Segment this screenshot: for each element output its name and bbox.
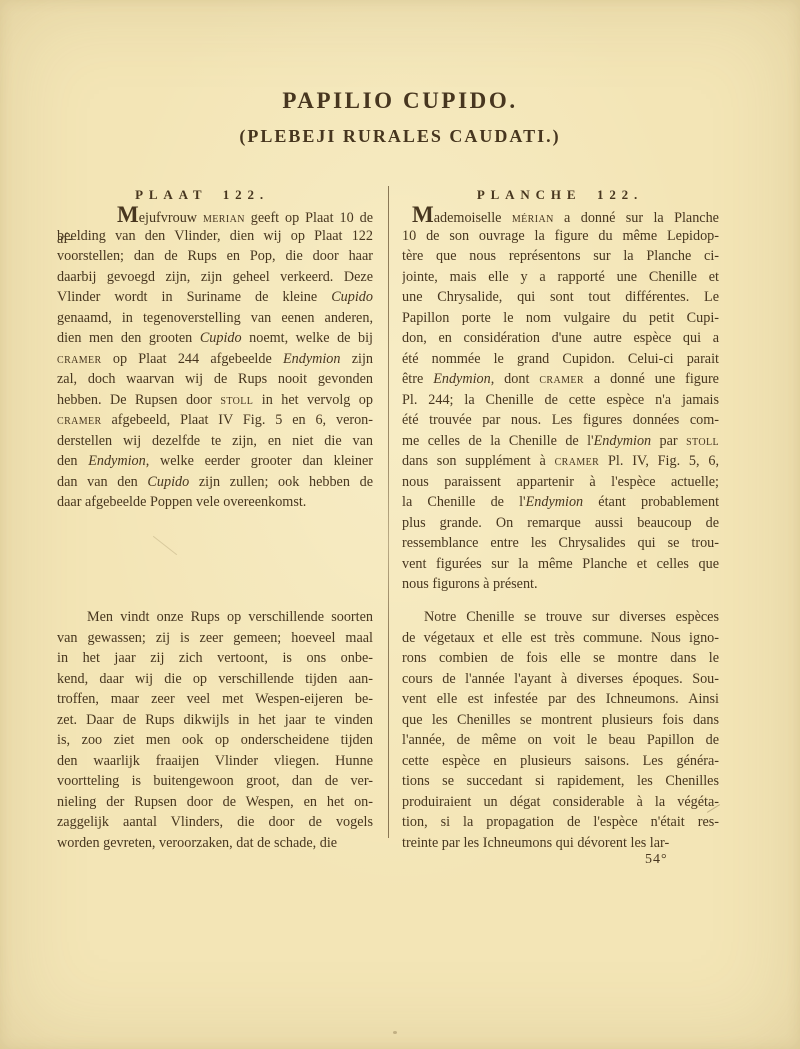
text-line: été trouvée par nous. Les figures donnée…	[402, 410, 719, 431]
text-line: vent figurées sur la même Planche et cel…	[402, 554, 719, 575]
text-line: Mejufvrouw merian geeft op Plaat 10 de a…	[57, 205, 373, 226]
column-header-dutch: PLAAT 122.	[44, 187, 360, 203]
drop-cap-initial: M	[407, 205, 434, 226]
text-line: tère que nous représentons sur la Planch…	[402, 246, 719, 267]
text-line: treinte par les Ichneumons qui dévorent …	[402, 833, 719, 854]
small-caps-name: cramer	[539, 371, 584, 387]
text-line: voortteling is buitengewoon groot, dan d…	[57, 771, 373, 792]
text-line: daar afgebeelde Poppen vele overeenkomst…	[57, 492, 373, 513]
small-caps-name: cramer	[57, 351, 102, 367]
text-line: derstellen wij dezelfde te zijn, en niet…	[57, 431, 373, 452]
text-line: tions se succedant si rapidement, les Ch…	[402, 771, 719, 792]
small-caps-name: mérian	[512, 210, 554, 226]
text-line: is, zoo ziet men ook op onderscheidene t…	[57, 730, 373, 751]
text-line: Pl. 244; la Chenille de cette espèce n'a…	[402, 390, 719, 411]
column-divider-rule	[388, 186, 389, 838]
text-line: l'année, de même on voit le beau Papillo…	[402, 730, 719, 751]
dutch-paragraph-1: Mejufvrouw merian geeft op Plaat 10 de a…	[57, 205, 373, 513]
text-line: la Chenille de l'Endymion étant probable…	[402, 492, 719, 513]
text-line: Papillon porte le nom vulgaire du petit …	[402, 308, 719, 329]
text-line: tion, si la propagation de l'espèce n'ét…	[402, 812, 719, 833]
text-line: 10 de son ouvrage la figure du même Lepi…	[402, 226, 719, 247]
text-line: van gewassen; zij is zeer gemeen; hoevee…	[57, 628, 373, 649]
text-line: dan van den Cupido zijn zullen; ook hebb…	[57, 472, 373, 493]
text-line: Notre Chenille se trouve sur diverses es…	[402, 607, 719, 628]
book-page: PAPILIO CUPIDO. (PLEBEJI RURALES CAUDATI…	[0, 0, 800, 1049]
text-line: cours de l'année l'ayant à diverses époq…	[402, 669, 719, 690]
text-line: troffen, maar zeer veel met Wespen-eijer…	[57, 689, 373, 710]
text-line: in het jaar zij zich vertoont, is ons on…	[57, 648, 373, 669]
text-line: zaggelijk aantal Vlinders, die door de v…	[57, 812, 373, 833]
text-line: zet. Daar de Rups dikwijls in het jaar t…	[57, 710, 373, 731]
page-title: PAPILIO CUPIDO.	[0, 88, 800, 114]
small-caps-name: stoll	[686, 433, 719, 449]
text-line: dien men den grooten Cupido noemt, welke…	[57, 328, 373, 349]
text-line: cette espèce en plusieurs saisons. Les g…	[402, 751, 719, 772]
text-line: kend, daar wij die op verschillende tijd…	[57, 669, 373, 690]
text-line: être Endymion, dont cramer a donné une f…	[402, 369, 719, 390]
text-line: genaamd, in tegenoverstelling van eenen …	[57, 308, 373, 329]
text-line: me celles de la Chenille de l'Endymion p…	[402, 431, 719, 452]
text-line: hebben. De Rupsen door stoll in het verv…	[57, 390, 373, 411]
text-line: de végetaux et elle est très commune. No…	[402, 628, 719, 649]
small-caps-name: cramer	[57, 412, 102, 428]
text-line: vent elle est infestée par des Ichneumon…	[402, 689, 719, 710]
text-line: nous figurons à présent.	[402, 574, 719, 595]
text-line: zal, doch waarvan wij de Rups nooit gevo…	[57, 369, 373, 390]
text-line: jointe, mais elle y a rapporté une Cheni…	[402, 267, 719, 288]
text-line: plus grande. On remarque aussi beaucoup …	[402, 513, 719, 534]
small-caps-name: cramer	[555, 453, 600, 469]
text-line: une Chrysalide, qui sont tout différente…	[402, 287, 719, 308]
text-line: cramer op Plaat 244 afgebeelde Endymion …	[57, 349, 373, 370]
french-paragraph-1: Mademoiselle mérian a donné sur la Planc…	[402, 205, 719, 595]
text-line: beelding van den Vlinder, dien wij op Pl…	[57, 226, 373, 247]
french-paragraph-2: Notre Chenille se trouve sur diverses es…	[402, 607, 719, 853]
text-line: Men vindt onze Rups op verschillende soo…	[57, 607, 373, 628]
text-line: daarbij gevoegd zijn, zijn geheel verkee…	[57, 267, 373, 288]
text-line: den Endymion, welke eerder grooter dan k…	[57, 451, 373, 472]
column-header-french: PLANCHE 122.	[402, 187, 718, 203]
text-line: cramer afgebeeld, Plaat IV Fig. 5 en 6, …	[57, 410, 373, 431]
text-line: que les Chenilles se montrent plusieurs …	[402, 710, 719, 731]
press-signature-mark: 54°	[645, 852, 668, 868]
text-line: été nommée le grand Cupidon. Celui-ci pa…	[402, 349, 719, 370]
paper-scratch	[153, 536, 177, 555]
text-line: nous paraissent appartenir à l'espèce ac…	[402, 472, 719, 493]
dutch-paragraph-2: Men vindt onze Rups op verschillende soo…	[57, 607, 373, 853]
text-line: ressemblance entre les Chrysalides qui s…	[402, 533, 719, 554]
paper-speck	[393, 1031, 397, 1034]
page-subtitle: (PLEBEJI RURALES CAUDATI.)	[0, 126, 800, 147]
text-line: dans son supplément à cramer Pl. IV, Fig…	[402, 451, 719, 472]
drop-cap-initial: M	[87, 205, 139, 226]
text-line: den waarlijk fraaijen Vlinder vliegen. H…	[57, 751, 373, 772]
text-line: voorstellen; dan de Rups en Pop, die doo…	[57, 246, 373, 267]
text-line: don, en considération d'une autre espèce…	[402, 328, 719, 349]
small-caps-name: merian	[203, 210, 245, 226]
text-line: Mademoiselle mérian a donné sur la Planc…	[402, 205, 719, 226]
text-line: rons combien de fois elle se montre dans…	[402, 648, 719, 669]
text-line: nieling der Rupsen door de Wespen, en he…	[57, 792, 373, 813]
text-line: produiraient un dégat considerable à la …	[402, 792, 719, 813]
text-line: Vlinder wordt in Suriname de kleine Cupi…	[57, 287, 373, 308]
small-caps-name: stoll	[220, 392, 253, 408]
text-line: worden gevreten, veroorzaken, dat de sch…	[57, 833, 373, 854]
